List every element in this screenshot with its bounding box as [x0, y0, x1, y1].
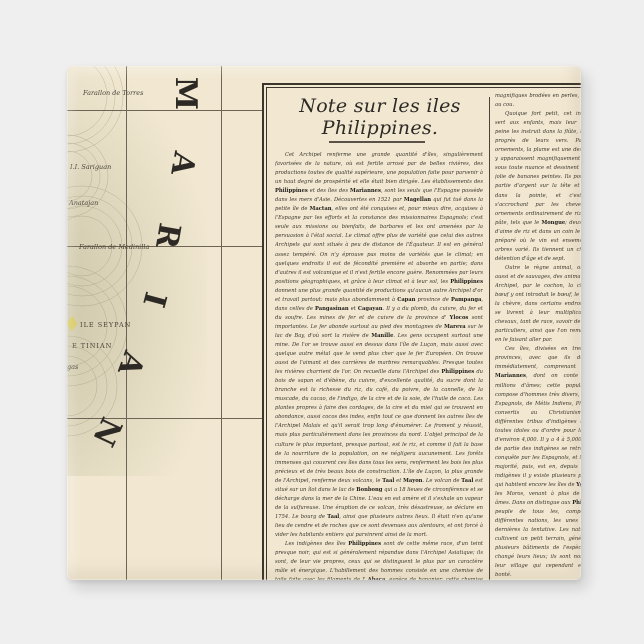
column-separator	[489, 97, 490, 580]
title-underline	[329, 141, 425, 143]
sea-label-letter: M	[168, 77, 203, 110]
place-aguijan: gas	[67, 363, 78, 371]
map-tile: Farallon de Torres I.I. Sariguan Anataja…	[67, 66, 581, 580]
place-anatajan: Anatajan	[69, 199, 98, 207]
paragraph: Ces îles, divisées en treize deux provin…	[495, 345, 581, 580]
place-farallon-de-medinilla: Farallon de Medinilla	[79, 243, 149, 251]
document-title: Note sur les iles Philippines.	[274, 95, 486, 139]
contour-lines	[67, 66, 207, 486]
place-ile-seypan: ILE SEYPAN	[80, 321, 131, 329]
paragraph: magnifiques brodées en perles, qui allai…	[495, 92, 581, 110]
side-text-column: magnifiques brodées en perles, qui allai…	[495, 92, 581, 580]
paragraph: Outre le règne animal, on trouve aussi e…	[495, 264, 581, 345]
place-sariguan: I.I. Sariguan	[70, 163, 111, 171]
parallel-line	[67, 110, 262, 111]
paragraph: Les indigènes des îles Philippines sont …	[275, 540, 483, 580]
place-tinian: E TINIAN	[72, 342, 112, 350]
philippines-note-panel: Note sur les iles Philippines. Cet Archi…	[262, 83, 581, 580]
meridian-line	[221, 66, 222, 580]
place-farallon-de-torres: Farallon de Torres	[83, 89, 143, 97]
main-text-column: Cet Archipel renferme une grande quantit…	[275, 151, 483, 580]
paragraph: Cet Archipel renferme une grande quantit…	[275, 151, 483, 540]
paragraph: Quoique fort petit, cet instrument sert …	[495, 110, 581, 264]
